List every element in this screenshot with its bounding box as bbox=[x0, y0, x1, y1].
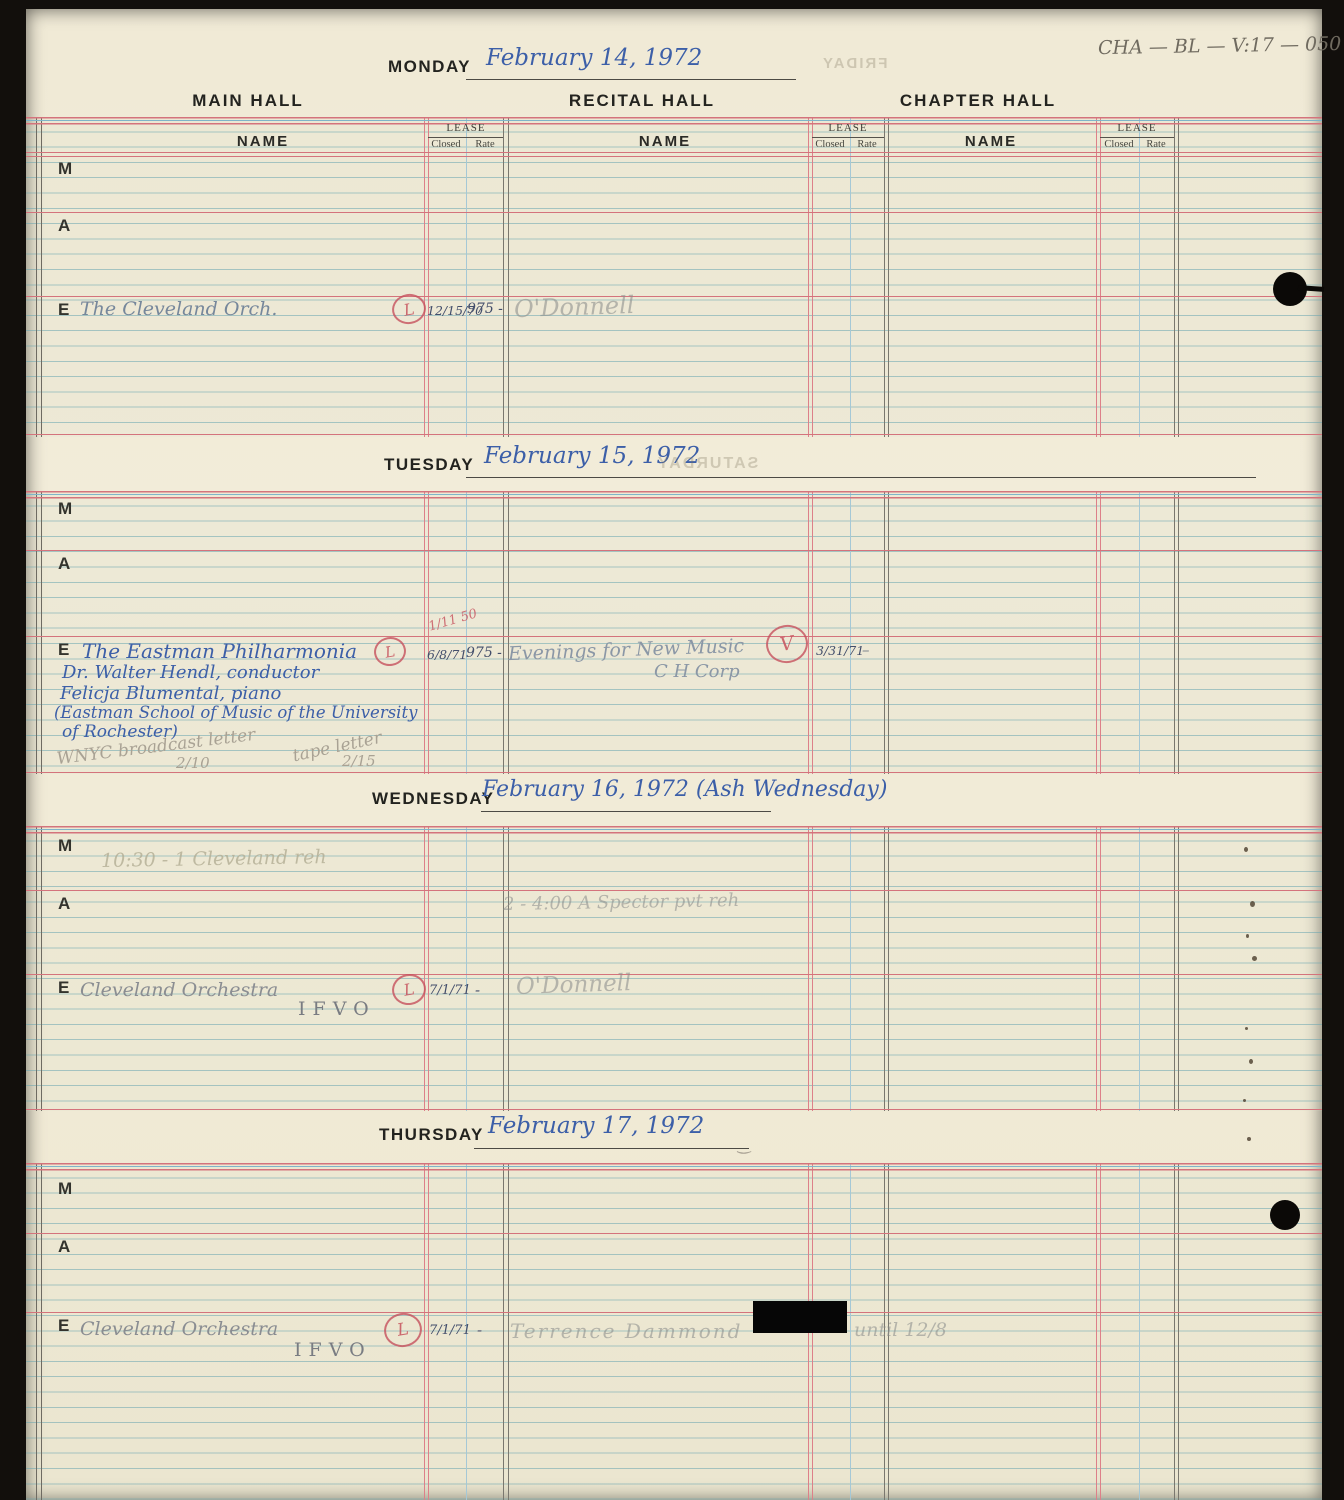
entry-thursday-main-note-ifvo: IFVO bbox=[294, 1339, 372, 1361]
pencil-mark-after-date: ‿ bbox=[738, 1135, 751, 1154]
afternoon-row-rule bbox=[26, 212, 1322, 213]
time-label-evening: E bbox=[58, 978, 69, 998]
pencil-note-tape-date: 2/15 bbox=[342, 752, 376, 770]
entry-monday-main-evening: The Cleveland Orch. bbox=[80, 298, 277, 320]
day-label-thursday: THURSDAY bbox=[379, 1125, 484, 1145]
date-thursday: February 17, 1972 bbox=[488, 1113, 704, 1139]
table-top-rule bbox=[26, 1163, 1322, 1171]
header-bottom-rule bbox=[26, 152, 1322, 153]
rate-header-main: Rate bbox=[475, 139, 494, 150]
date-monday: February 14, 1972 bbox=[486, 45, 702, 71]
entry-wednesday-recital-evening: O'Donnell bbox=[516, 970, 632, 1000]
evening-row-rule bbox=[26, 1312, 1322, 1313]
paper-speck bbox=[1250, 901, 1255, 907]
time-label-afternoon: A bbox=[58, 894, 70, 914]
closed-header-main: Closed bbox=[431, 139, 460, 150]
monday-table: NAME NAME NAME LEASE Closed Rate LEASE C… bbox=[26, 117, 1322, 437]
entry-tuesday-main-evening-line1: The Eastman Philharmonia bbox=[82, 639, 357, 663]
ledger-page: CHA — BL — V:17 — 050 MONDAY February 14… bbox=[26, 9, 1322, 1500]
entry-tuesday-main-evening-line4: (Eastman School of Music of the Universi… bbox=[54, 703, 417, 722]
time-label-morning: M bbox=[58, 1179, 72, 1199]
entry-wednesday-recital-afternoon-note: 2 - 4:00 A Spector pvt reh bbox=[503, 890, 740, 915]
lease-mark-circled-v: V bbox=[763, 622, 811, 667]
entry-thursday-recital-after-redaction: until 12/8 bbox=[854, 1319, 947, 1341]
table-top-rule bbox=[26, 826, 1322, 834]
lease-header-chapter: LEASE bbox=[1117, 122, 1156, 134]
column-header-name-main: NAME bbox=[237, 133, 289, 150]
lease-rate-wednesday: - bbox=[475, 981, 480, 999]
lease-divider-main bbox=[428, 137, 503, 138]
lease-rate-tuesday-recital: – bbox=[862, 641, 870, 659]
pencil-note-wnyc-date: 2/10 bbox=[176, 754, 210, 772]
entry-tuesday-main-evening-line2: Dr. Walter Hendl, conductor bbox=[62, 662, 319, 683]
entry-thursday-main-evening: Cleveland Orchestra bbox=[80, 1318, 278, 1340]
entry-tuesday-recital-org: C H Corp bbox=[654, 661, 740, 682]
afternoon-row-rule bbox=[26, 550, 1322, 551]
time-label-evening: E bbox=[58, 640, 69, 660]
day-label-monday: MONDAY bbox=[388, 57, 471, 77]
section-bottom-rule bbox=[26, 434, 1322, 435]
time-label-afternoon: A bbox=[58, 1237, 70, 1257]
lease-closed-wednesday: 7/1/71 bbox=[429, 983, 471, 998]
paper-speck bbox=[1245, 1027, 1248, 1030]
section-bottom-rule bbox=[26, 772, 1322, 773]
thursday-table: M A E Cleveland Orchestra IFVO L 7/1/71 … bbox=[26, 1163, 1322, 1500]
lease-mark-circled-l: L bbox=[390, 971, 429, 1007]
rate-header-recital: Rate bbox=[857, 139, 876, 150]
entry-thursday-recital-evening: Terrence Dammond bbox=[510, 1319, 742, 1343]
date-underline-tuesday bbox=[466, 477, 1256, 478]
day-label-tuesday: TUESDAY bbox=[384, 455, 474, 475]
entry-monday-recital-evening: O'Donnell bbox=[514, 291, 635, 323]
time-label-evening: E bbox=[58, 300, 69, 320]
paper-speck bbox=[1244, 847, 1248, 852]
lease-mark-circled-l: L bbox=[381, 1310, 424, 1350]
header-bottom-rule-2 bbox=[26, 156, 1322, 157]
time-label-evening: E bbox=[58, 1316, 69, 1336]
paper-speck bbox=[1249, 1059, 1253, 1064]
lease-rate-monday: 975 - bbox=[467, 301, 503, 317]
ghost-text-friday: FRIDAY bbox=[821, 55, 887, 72]
evening-row-rule bbox=[26, 974, 1322, 975]
hall-title-chapter: CHAPTER HALL bbox=[900, 91, 1056, 111]
entry-wednesday-main-evening: Cleveland Orchestra bbox=[80, 979, 278, 1001]
lease-mark-circled-l: L bbox=[372, 634, 409, 668]
paper-speck bbox=[1247, 1137, 1251, 1141]
closed-header-chapter: Closed bbox=[1104, 139, 1133, 150]
hole-punch-bottom bbox=[1270, 1200, 1300, 1230]
date-wednesday: February 16, 1972 (Ash Wednesday) bbox=[482, 777, 887, 802]
entry-tuesday-main-evening-line3: Felicja Blumental, piano bbox=[60, 683, 281, 704]
time-label-morning: M bbox=[58, 159, 72, 179]
closed-header-recital: Closed bbox=[815, 139, 844, 150]
paper-speck bbox=[1243, 1099, 1246, 1102]
wednesday-table: M A E 10:30 - 1 Cleveland reh 2 - 4:00 A… bbox=[26, 826, 1322, 1111]
lease-closed-tuesday-recital: 3/31/71 bbox=[816, 643, 864, 658]
section-bottom-rule bbox=[26, 1109, 1322, 1110]
tuesday-table: M A E The Eastman Philharmonia Dr. Walte… bbox=[26, 491, 1322, 774]
redaction-box bbox=[753, 1301, 847, 1333]
lease-rate-tuesday: 975 - bbox=[466, 645, 502, 661]
lease-divider-chapter bbox=[1100, 137, 1174, 138]
lease-header-recital: LEASE bbox=[828, 122, 867, 134]
paper-speck bbox=[1252, 956, 1257, 961]
time-label-morning: M bbox=[58, 499, 72, 519]
red-pencil-note: 1/11 50 bbox=[427, 606, 479, 634]
time-label-morning: M bbox=[58, 836, 72, 856]
ghost-text-saturday: SATURDAY bbox=[656, 455, 758, 473]
column-header-name-recital: NAME bbox=[639, 133, 691, 150]
paper-speck bbox=[1246, 934, 1249, 938]
hall-title-recital: RECITAL HALL bbox=[569, 91, 715, 111]
column-header-name-chapter: NAME bbox=[965, 133, 1017, 150]
lease-rate-thursday: - bbox=[477, 1321, 482, 1339]
rate-header-chapter: Rate bbox=[1146, 139, 1165, 150]
archive-code: CHA — BL — V:17 — 050 bbox=[1098, 33, 1342, 59]
date-underline-monday bbox=[466, 79, 796, 80]
date-underline-wednesday bbox=[481, 811, 771, 812]
lease-header-main: LEASE bbox=[446, 122, 485, 134]
entry-wednesday-main-note-ifvo: IFVO bbox=[298, 998, 376, 1020]
time-label-afternoon: A bbox=[58, 554, 70, 574]
lease-closed-thursday: 7/1/71 bbox=[429, 1323, 471, 1338]
hall-title-main: MAIN HALL bbox=[192, 91, 303, 111]
table-top-rule bbox=[26, 491, 1322, 499]
day-label-wednesday: WEDNESDAY bbox=[372, 789, 494, 809]
lease-divider-recital bbox=[812, 137, 884, 138]
afternoon-row-rule bbox=[26, 1233, 1322, 1234]
lease-closed-tuesday: 6/8/71 bbox=[427, 647, 467, 662]
entry-wednesday-main-morning-note: 10:30 - 1 Cleveland reh bbox=[101, 846, 327, 872]
time-label-afternoon: A bbox=[58, 216, 70, 236]
date-underline-thursday bbox=[474, 1148, 749, 1149]
